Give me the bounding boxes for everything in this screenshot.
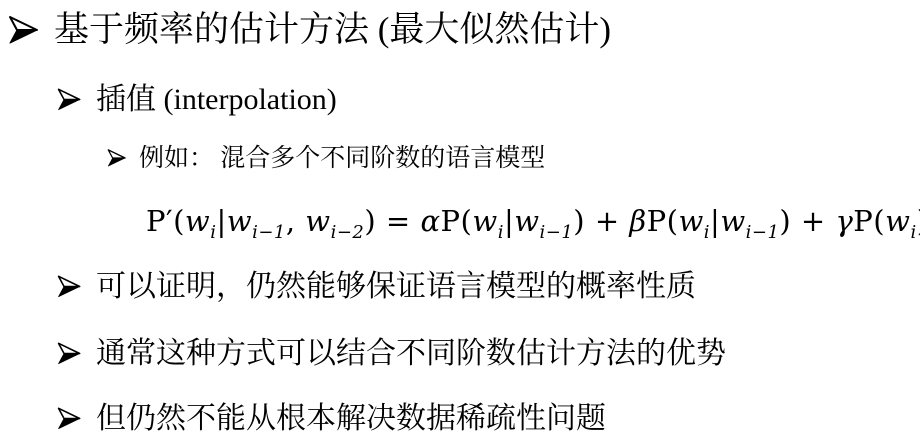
arrow-bullet-icon <box>57 87 82 112</box>
title-line: 基于频率的估计方法 (最大似然估计) <box>8 8 611 52</box>
arrow-bullet-icon <box>8 14 40 46</box>
bullet-combine-advantages: 通常这种方式可以结合不同阶数估计方法的优势 <box>57 335 726 373</box>
bullet-text: 插值 (interpolation) <box>96 81 337 119</box>
title-text: 基于频率的估计方法 (最大似然估计) <box>54 8 611 52</box>
bullet-text: 但仍然不能从根本解决数据稀疏性问题 <box>96 400 606 438</box>
bullet-probability-property: 可以证明，仍然能够保证语言模型的概率性质 <box>57 268 696 306</box>
arrow-bullet-icon <box>107 148 127 168</box>
presentation-slide: 基于频率的估计方法 (最大似然估计) 插值 (interpolation) 例如… <box>0 0 920 447</box>
interpolation-formula: P′(wi|wi−1, wi−2) = αP(wi|wi−1) + βP(wi|… <box>146 204 920 238</box>
arrow-bullet-icon <box>57 341 82 366</box>
arrow-bullet-icon <box>57 406 82 431</box>
bullet-text: 可以证明，仍然能够保证语言模型的概率性质 <box>96 268 696 306</box>
bullet-text: 通常这种方式可以结合不同阶数估计方法的优势 <box>96 335 726 373</box>
bullet-interpolation: 插值 (interpolation) <box>57 81 337 119</box>
arrow-bullet-icon <box>57 274 82 299</box>
bullet-text: 例如： 混合多个不同阶数的语言模型 <box>139 143 545 174</box>
bullet-example: 例如： 混合多个不同阶数的语言模型 <box>107 143 545 174</box>
bullet-sparsity-problem: 但仍然不能从根本解决数据稀疏性问题 <box>57 400 606 438</box>
